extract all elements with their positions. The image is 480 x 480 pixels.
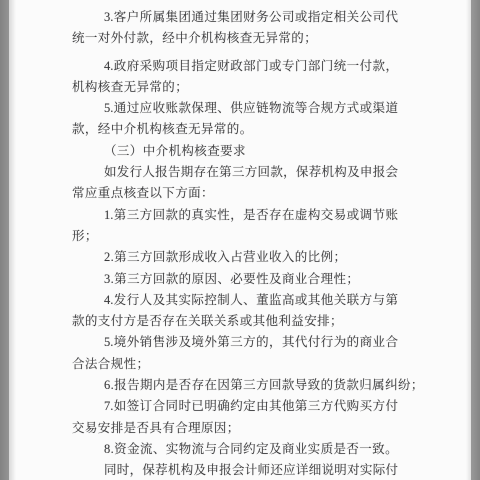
document-line: 统一对外付款，经中介机构核查无异常的； (72, 28, 398, 49)
document-line: 款，经中介机构核查无异常的。 (72, 119, 398, 140)
document-line: 常应重点核查以下方面： (72, 183, 398, 204)
document-line: 4.政府采购项目指定财政部门或专门部门统一付款，经中介 (72, 56, 398, 77)
document-line: 机构核查无异常的； (72, 77, 398, 98)
document-line: 同时，保荐机构及申报会计师还应详细说明对实际付款人和 (72, 460, 398, 480)
document-line: 4.发行人及其实际控制人、董监高或其他关联方与第三方回 (72, 290, 398, 311)
photo-edge-left (0, 0, 9, 480)
document-line: 3.第三方回款的原因、必要性及商业合理性； (72, 269, 398, 290)
document-line: 1.第三方回款的真实性，是否存在虚构交易或调节账龄情 (72, 205, 398, 226)
document-line: 6.报告期内是否存在因第三方回款导致的货款归属纠纷； (72, 375, 398, 396)
document-photo: 3.客户所属集团通过集团财务公司或指定相关公司代客户统一对外付款，经中介机构核查… (0, 0, 480, 480)
document-line: 5.通过应收账款保理、供应链物流等合规方式或渠道完成付 (72, 98, 398, 119)
document-line: 3.客户所属集团通过集团财务公司或指定相关公司代客户 (72, 7, 398, 28)
document-line: 合法合规性； (72, 354, 398, 375)
document-line: 形； (72, 226, 398, 247)
photo-edge-right (471, 0, 480, 480)
document-line: 交易安排是否具有合理原因； (72, 418, 398, 439)
document-line: 8.资金流、实物流与合同约定及商业实质是否一致。 (72, 439, 398, 460)
photo-edge-left-fade (9, 0, 16, 480)
document-line: 如发行人报告期存在第三方回款，保荐机构及申报会计师通 (72, 162, 398, 183)
document-line: 5.境外销售涉及境外第三方的，其代付行为的商业合理性或 (72, 332, 398, 353)
document-line: （三）中介机构核查要求 (72, 141, 398, 162)
document-line: 2.第三方回款形成收入占营业收入的比例； (72, 247, 398, 268)
photo-edge-right-fade (466, 0, 471, 480)
document-line: 款的支付方是否存在关联关系或其他利益安排； (72, 311, 398, 332)
document-line: 7.如签订合同时已明确约定由其他第三方代购买方付款，该 (72, 396, 398, 417)
text-block: 3.客户所属集团通过集团财务公司或指定相关公司代客户统一对外付款，经中介机构核查… (72, 7, 398, 480)
